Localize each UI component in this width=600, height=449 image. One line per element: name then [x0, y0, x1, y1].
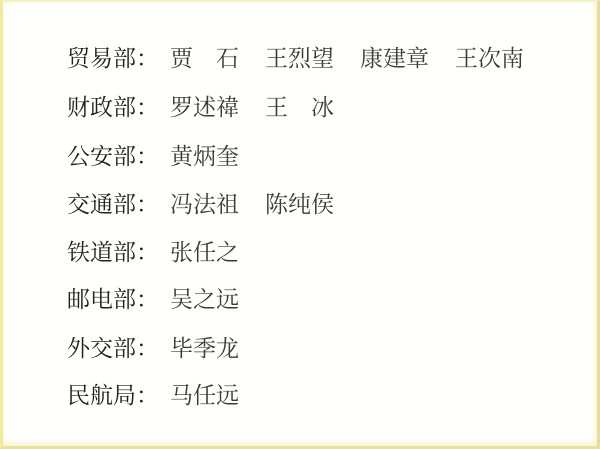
ministry-row-trade: 贸易部： 贾 石 王烈望 康建章 王次南 [67, 42, 550, 76]
ministry-row-posts-telecom: 邮电部： 吴之远 [67, 283, 265, 317]
ministry-row-finance: 财政部： 罗述禕 王 冰 [67, 91, 360, 125]
name-list: 毕季龙 [170, 332, 265, 366]
person-name: 毕季龙 [170, 332, 239, 366]
name-list: 张任之 [170, 236, 265, 270]
ministry-label: 贸易部： [67, 42, 170, 76]
person-name: 黄炳奎 [170, 140, 239, 174]
ministry-label: 民航局： [67, 379, 170, 413]
person-name: 马任远 [170, 379, 239, 413]
name-list: 吴之远 [170, 283, 265, 317]
ministry-label: 交通部： [67, 188, 170, 222]
name-list: 马任远 [170, 379, 265, 413]
name-list: 贾 石 王烈望 康建章 王次南 [170, 42, 550, 76]
person-name: 吴之远 [170, 283, 239, 317]
ministry-row-civil-aviation: 民航局： 马任远 [67, 379, 265, 413]
person-name: 张任之 [170, 236, 239, 270]
person-name: 罗述禕 [170, 91, 239, 125]
person-name: 康建章 [360, 42, 429, 76]
ministry-row-transport: 交通部： 冯法祖 陈纯侯 [67, 188, 360, 222]
ministry-label: 邮电部： [67, 283, 170, 317]
ministry-row-public-security: 公安部： 黄炳奎 [67, 140, 265, 174]
name-list: 冯法祖 陈纯侯 [170, 188, 360, 222]
ministry-label: 外交部： [67, 332, 170, 366]
person-name: 王烈望 [265, 42, 334, 76]
person-name: 王 冰 [265, 91, 334, 125]
ministry-label: 铁道部： [67, 236, 170, 270]
name-list: 黄炳奎 [170, 140, 265, 174]
person-name: 贾 石 [170, 42, 239, 76]
person-name: 陈纯侯 [265, 188, 334, 222]
name-list: 罗述禕 王 冰 [170, 91, 360, 125]
document-frame: 贸易部： 贾 石 王烈望 康建章 王次南 财政部： 罗述禕 王 冰 公安部： 黄… [0, 0, 600, 449]
ministry-row-railways: 铁道部： 张任之 [67, 236, 265, 270]
person-name: 王次南 [455, 42, 524, 76]
person-name: 冯法祖 [170, 188, 239, 222]
ministry-label: 公安部： [67, 140, 170, 174]
ministry-label: 财政部： [67, 91, 170, 125]
ministry-row-foreign-affairs: 外交部： 毕季龙 [67, 332, 265, 366]
